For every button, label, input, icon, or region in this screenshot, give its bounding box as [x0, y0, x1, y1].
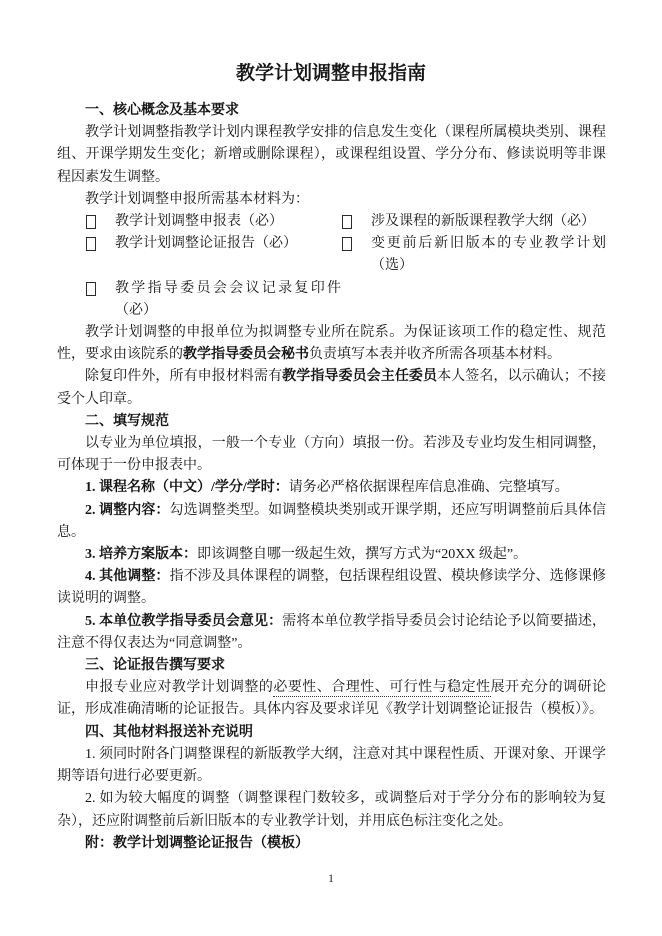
checklist-item-label: 教学指导委员会会议记录复印件（必）	[115, 278, 341, 322]
checklist-item: 教学计划调整申报表（必）	[85, 211, 341, 233]
list-item-4: 4. 其他调整：指不涉及具体课程的调整，包括课程组设置、模块修读学分、选修课修读…	[57, 566, 606, 610]
list-item-label: 1. 课程名称（中文）/学分/学时：	[85, 480, 289, 495]
checkbox-icon	[342, 237, 352, 251]
paragraph-filling-intro: 以专业为单位填报，一般一个专业（方向）填报一份。若涉及专业均发生相同调整，可体现…	[57, 433, 606, 477]
list-item-2: 2. 调整内容：勾选调整类型。如调整模块类别或开课学期，还应写明调整前后具体信息…	[57, 500, 606, 544]
checklist-row: 教学指导委员会会议记录复印件（必）	[85, 278, 606, 322]
checklist-item-label: 教学计划调整申报表（必）	[115, 211, 283, 233]
checklist-item: 教学计划调整论证报告（必）	[85, 233, 341, 277]
list-item-3: 3. 培养方案版本：即该调整自哪一级起生效，撰写方式为“20XX 级起”。	[57, 544, 606, 566]
paragraph-signature-rule: 除复印件外，所有申报材料需有教学指导委员会主任委员本人签名，以示确认；不接受个人…	[57, 366, 606, 410]
section-1-heading: 一、核心概念及基本要求	[57, 100, 606, 122]
emphasis-committee-chair: 教学指导委员会主任委员	[282, 369, 437, 384]
paragraph-run: 负责填写本表并收齐所需各项基本材料。	[309, 347, 561, 362]
list-item-5: 5. 本单位教学指导委员会意见：需将本单位教学指导委员会讨论结论予以简要描述，注…	[57, 611, 606, 655]
page-title: 教学计划调整申报指南	[0, 0, 662, 88]
checklist-item: 教学指导委员会会议记录复印件（必）	[85, 278, 341, 322]
section-2-heading: 二、填写规范	[57, 411, 606, 433]
supplement-item-1: 1. 须同时附各门调整课程的新版教学大纲，注意对其中课程性质、开课对象、开课学期…	[57, 744, 606, 788]
checklist-item-label: 涉及课程的新版课程教学大纲（必）	[371, 211, 595, 233]
emphasis-committee-secretary: 教学指导委员会秘书	[183, 347, 309, 362]
list-item-1: 1. 课程名称（中文）/学分/学时：请务必严格依据课程库信息准确、完整填写。	[57, 477, 606, 499]
checklist-item: 变更前后新旧版本的专业教学计划（选）	[341, 233, 606, 277]
checkbox-icon	[86, 282, 96, 296]
paragraph-run: 申报专业应对教学计划调整的	[85, 680, 273, 695]
section-4-heading: 四、其他材料报送补充说明	[57, 722, 606, 744]
paragraph-reporting-unit: 教学计划调整的申报单位为拟调整专业所在院系。为保证该项工作的稳定性、规范性，要求…	[57, 322, 606, 366]
section-3-heading: 三、论证报告撰写要求	[57, 655, 606, 677]
document-page: 教学计划调整申报指南 一、核心概念及基本要求 教学计划调整指教学计划内课程教学安…	[0, 0, 662, 936]
checklist-item: 涉及课程的新版课程教学大纲（必）	[341, 211, 595, 233]
list-item-label: 3. 培养方案版本：	[85, 547, 197, 562]
underlined-phrase: 必要性、合理性、可行性与稳定性	[273, 680, 490, 697]
page-number: 1	[0, 871, 662, 886]
paragraph-materials-intro: 教学计划调整申报所需基本材料为：	[57, 189, 606, 211]
checkbox-icon	[342, 215, 352, 229]
checklist-item-label: 变更前后新旧版本的专业教学计划（选）	[371, 233, 606, 277]
list-item-text: 请务必严格依据课程库信息准确、完整填写。	[289, 480, 569, 495]
checkbox-icon	[86, 237, 96, 251]
supplement-item-2: 2. 如为较大幅度的调整（调整课程门数较多，或调整后对于学分分布的影响较为复杂）…	[57, 788, 606, 832]
paragraph-definition: 教学计划调整指教学计划内课程教学安排的信息发生变化（课程所属模块类别、课程组、开…	[57, 122, 606, 189]
list-item-label: 5. 本单位教学指导委员会意见：	[85, 614, 282, 629]
checklist-item-label: 教学计划调整论证报告（必）	[115, 233, 297, 255]
materials-checklist: 教学计划调整申报表（必） 涉及课程的新版课程教学大纲（必） 教学计划调整论证报告…	[57, 211, 606, 322]
checklist-row: 教学计划调整申报表（必） 涉及课程的新版课程教学大纲（必）	[85, 211, 606, 233]
attachment-note: 附：教学计划调整论证报告（模板）	[57, 833, 606, 855]
paragraph-run: 除复印件外，所有申报材料需有	[85, 369, 282, 384]
checklist-row: 教学计划调整论证报告（必） 变更前后新旧版本的专业教学计划（选）	[85, 233, 606, 277]
list-item-text: 即该调整自哪一级起生效，撰写方式为“20XX 级起”。	[197, 547, 527, 562]
document-body: 一、核心概念及基本要求 教学计划调整指教学计划内课程教学安排的信息发生变化（课程…	[0, 88, 662, 855]
list-item-label: 4. 其他调整：	[85, 569, 170, 584]
list-item-label: 2. 调整内容：	[85, 503, 170, 518]
checkbox-icon	[86, 215, 96, 229]
paragraph-argumentation: 申报专业应对教学计划调整的必要性、合理性、可行性与稳定性展开充分的调研论证，形成…	[57, 677, 606, 721]
